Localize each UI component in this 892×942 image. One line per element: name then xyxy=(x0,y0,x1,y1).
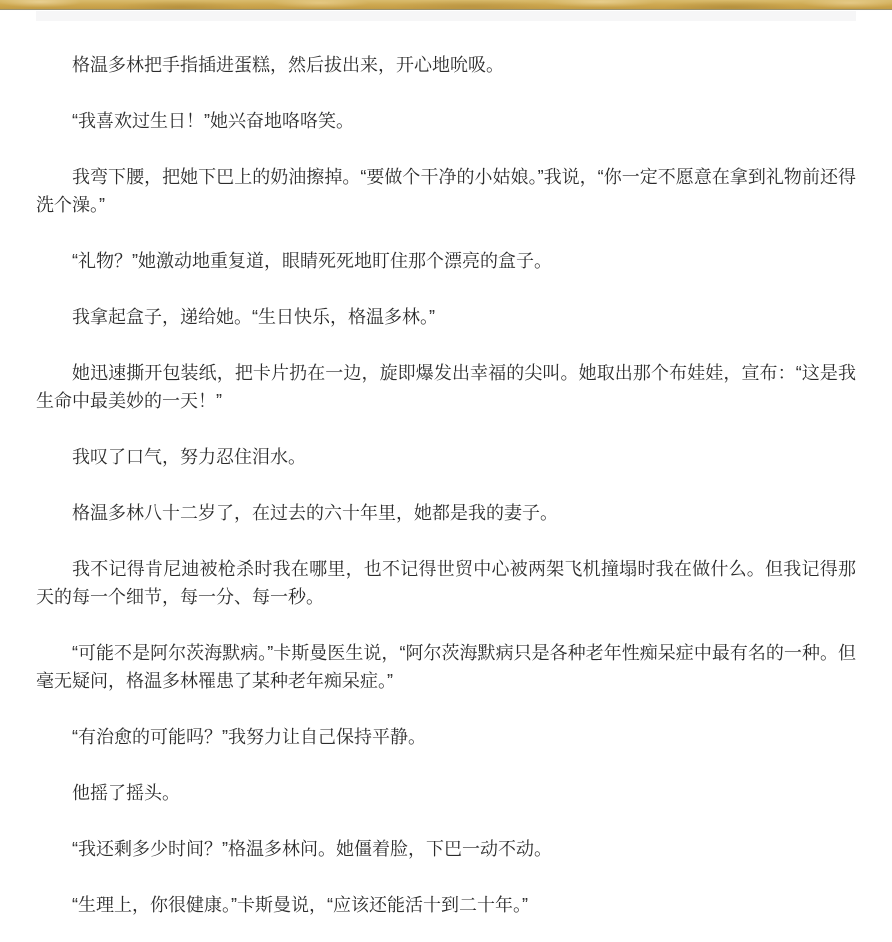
paragraph: “礼物？”她激动地重复道，眼睛死死地盯住那个漂亮的盒子。 xyxy=(36,247,856,275)
paragraph: “生理上，你很健康。”卡斯曼说，“应该还能活十到二十年。” xyxy=(36,891,856,919)
paragraph: 格温多林八十二岁了，在过去的六十年里，她都是我的妻子。 xyxy=(36,499,856,527)
content-top-strip xyxy=(36,11,856,21)
paragraph: 她迅速撕开包装纸，把卡片扔在一边，旋即爆发出幸福的尖叫。她取出那个布娃娃，宣布：… xyxy=(36,359,856,415)
paragraph: 我不记得肯尼迪被枪杀时我在哪里，也不记得世贸中心被两架飞机撞塌时我在做什么。但我… xyxy=(36,555,856,611)
novel-text-article: 格温多林把手指插进蛋糕，然后拔出来，开心地吮吸。“我喜欢过生日！”她兴奋地咯咯笑… xyxy=(36,21,856,919)
decorative-gold-banner xyxy=(0,0,892,10)
paragraph: 格温多林把手指插进蛋糕，然后拔出来，开心地吮吸。 xyxy=(36,51,856,79)
paragraph: 我叹了口气，努力忍住泪水。 xyxy=(36,443,856,471)
paragraph: “我喜欢过生日！”她兴奋地咯咯笑。 xyxy=(36,107,856,135)
paragraph: “可能不是阿尔茨海默病。”卡斯曼医生说，“阿尔茨海默病只是各种老年性痴呆症中最有… xyxy=(36,639,856,695)
paragraph: “有治愈的可能吗？”我努力让自己保持平静。 xyxy=(36,723,856,751)
paragraph: 他摇了摇头。 xyxy=(36,779,856,807)
paragraph: “我还剩多少时间？”格温多林问。她僵着脸，下巴一动不动。 xyxy=(36,835,856,863)
paragraph: 我拿起盒子，递给她。“生日快乐，格温多林。” xyxy=(36,303,856,331)
paragraph: 我弯下腰，把她下巴上的奶油擦掉。“要做个干净的小姑娘。”我说，“你一定不愿意在拿… xyxy=(36,163,856,219)
